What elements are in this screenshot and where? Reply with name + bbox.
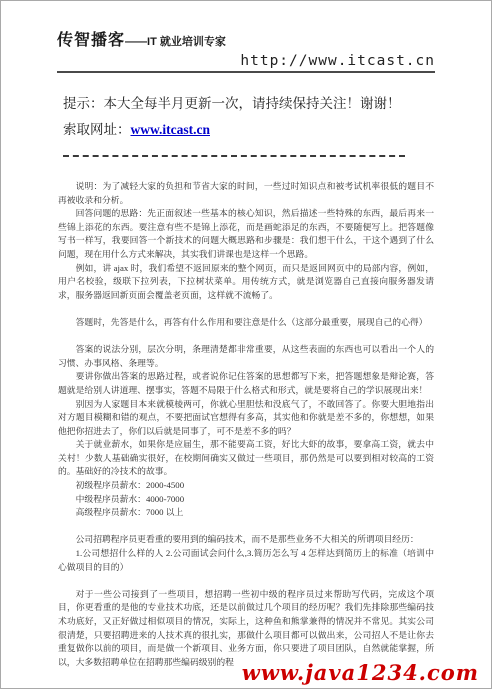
update-notice: 提示：本大全每半月更新一次，请持续保持关注！谢谢！ 索取网址：www.itcas… — [63, 91, 441, 143]
document-page: 传智播客——IT 就业培训专家 http://www.itcast.cn 提示：… — [0, 0, 492, 689]
paragraph-hiring-list: 1.公司想招什么样的人 2.公司面试会问什么,3.简历怎么写 4 怎样达到简历上… — [58, 547, 434, 574]
document-header: 传智播客——IT 就业培训专家 http://www.itcast.cn — [57, 27, 435, 73]
document-body: 说明：为了减轻大家的负担和节省大家的时间，一些过时知识点和被考试机率很低的题目不… — [58, 180, 434, 669]
watermark-site-url: www.java1234.com — [242, 660, 479, 685]
paragraph-confidence: 别因为人家题目本来就模棱两可，你就心里胆怯和没底气了，不敢回答了。你要大胆地指出… — [58, 398, 434, 439]
notice-source-label: 索取网址： — [63, 122, 131, 137]
brand-logo: 传智播客 — [57, 32, 125, 49]
paragraph-answer-thinking: 要讲你做出答案的思路过程，或者说你记住答案的思想都写下来，把答题想象是辩论赛，答… — [58, 370, 434, 397]
salary-senior: 高级程序员薪水：7000 以上 — [58, 506, 434, 520]
paragraph-intro: 说明：为了减轻大家的负担和节省大家的时间，一些过时知识点和被考试机率很低的题目不… — [58, 180, 434, 207]
paragraph-project-exp: 对于一些公司接到了一些项目，想招聘一些初中级的程序员过来帮助写代码，完成这个项目… — [58, 588, 434, 670]
paragraph-answer-style: 答案的说法分别，层次分明，条理清楚都非常重要，从这些表面的东西也可以看出一个人的… — [58, 343, 434, 370]
notice-source-link[interactable]: www.itcast.cn — [131, 122, 211, 137]
paragraph-salary-advice: 关于就业薪水，如果你是应届生，那不能要高工资，好比大虾的故事，要拿高工资，就去中… — [58, 438, 434, 479]
brand-line: 传智播客——IT 就业培训专家 — [57, 27, 435, 50]
salary-junior: 初级程序员薪水：2000-4500 — [58, 479, 434, 493]
paragraph-hiring-focus: 公司招聘程序员更看重的要用到的编码技术，而不是那些业务不大相关的所谓项目经历： — [58, 533, 434, 547]
brand-site-url: http://www.itcast.cn — [57, 53, 435, 69]
paragraph-answer-order: 答题时，先答是什么，再答有什么作用和要注意是什么（这部分最重要，展现自己的心得） — [58, 316, 434, 330]
salary-middle: 中级程序员薪水：4000-7000 — [58, 493, 434, 507]
paragraph-ajax-example: 例如，讲 ajax 时，我们希望不返回原来的整个网页，而只是返回网页中的局部内容… — [58, 262, 434, 303]
brand-tagline: ——IT 就业培训专家 — [125, 36, 226, 48]
notice-tip-text: 提示：本大全每半月更新一次，请持续保持关注！谢谢！ — [63, 91, 441, 117]
header-rule — [57, 71, 435, 73]
dashed-separator — [63, 155, 405, 157]
paragraph-answer-approach: 回答问题的思路：先正面叙述一些基本的核心知识，然后描述一些特殊的东西，最后再来一… — [58, 207, 434, 261]
notice-source-line: 索取网址：www.itcast.cn — [63, 117, 441, 143]
